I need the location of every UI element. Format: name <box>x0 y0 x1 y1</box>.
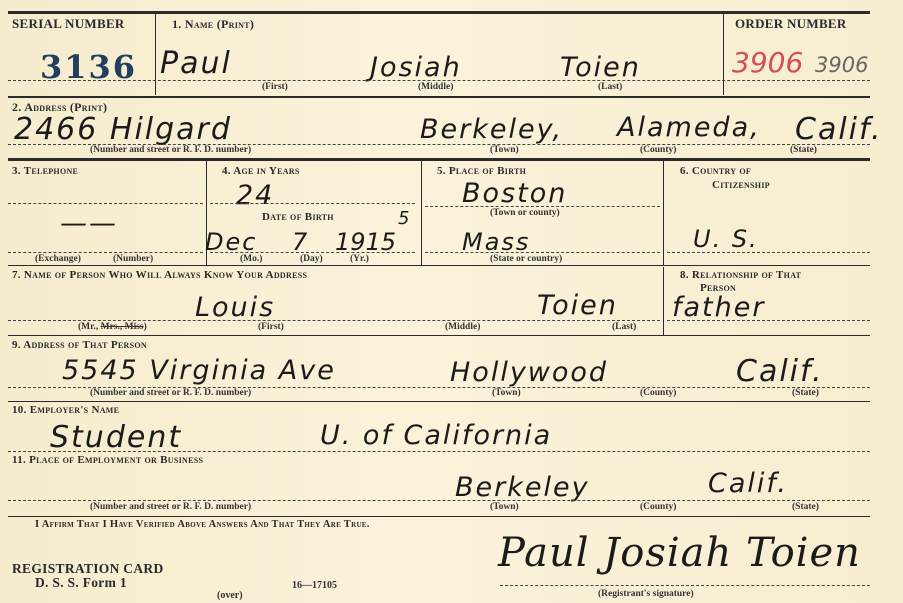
relationship-label-1: 8. Relationship of That <box>680 269 801 281</box>
dob-year-correction: 5 <box>398 208 411 229</box>
contact-person-label: 7. Name of Person Who Will Always Know Y… <box>12 269 307 281</box>
row-border <box>8 265 870 266</box>
contact-person-last: Toien <box>537 290 618 321</box>
contact-person-underline <box>8 320 660 321</box>
name-middle: Josiah <box>370 52 462 83</box>
citizenship-label-1: 6. Country of <box>680 165 751 177</box>
employment-underline <box>8 500 870 501</box>
contact-address-state: Calif. <box>736 354 824 389</box>
prefix-caption: (Mr., Mrs., Miss) <box>78 322 147 332</box>
contact-street-caption: (Number and street or R. F. D. number) <box>90 388 251 398</box>
employment-place-label: 11. Place of Employment or Business <box>12 454 203 466</box>
over-note: (over) <box>217 590 243 601</box>
affirmation-text: I Affirm That I Have Verified Above Answ… <box>35 519 370 530</box>
name-last: Toien <box>560 52 641 83</box>
signature-underline <box>500 585 870 586</box>
contact-address-town: Hollywood <box>450 357 608 388</box>
divider <box>723 13 724 95</box>
contact-last-caption: (Last) <box>612 322 636 332</box>
employer-value-2: U. of California <box>320 420 552 451</box>
divider <box>421 160 422 265</box>
address-state: Calif. <box>795 112 883 147</box>
contact-address-street: 5545 Virginia Ave <box>62 355 336 386</box>
dob-underline <box>210 252 415 253</box>
telephone-value: —— <box>60 208 118 239</box>
name-first: Paul <box>160 46 232 81</box>
row-border <box>8 516 870 517</box>
name-underline <box>8 80 870 81</box>
citizenship-value: U. S. <box>693 225 759 253</box>
order-number-gray: 3906 <box>815 53 868 77</box>
registration-card: SERIAL NUMBER 3136 1. Name (Print) Paul … <box>0 0 903 603</box>
telephone-underline-2 <box>8 252 203 253</box>
form-code: 16—17105 <box>292 580 337 591</box>
county-caption: (County) <box>640 145 676 155</box>
contact-town-caption: (Town) <box>492 388 521 398</box>
employment-street-caption: (Number and street or R. F. D. number) <box>90 502 251 512</box>
signature-caption: (Registrant's signature) <box>598 589 694 599</box>
middle-caption: (Middle) <box>418 82 453 92</box>
address-street: 2466 Hilgard <box>14 112 232 147</box>
birthplace-label: 5. Place of Birth <box>437 165 526 177</box>
month-caption: (Mo.) <box>240 254 262 264</box>
last-caption: (Last) <box>598 82 622 92</box>
row-border <box>8 158 870 161</box>
address-county: Alameda, <box>617 112 761 143</box>
dob-label: Date of Birth <box>262 211 334 223</box>
employment-town: Berkeley <box>455 472 590 503</box>
birthplace-town-caption: (Town or county) <box>490 208 560 218</box>
top-border <box>8 11 870 14</box>
exchange-caption: (Exchange) <box>35 254 81 264</box>
order-number-label: ORDER NUMBER <box>735 16 847 32</box>
contact-middle-caption: (Middle) <box>445 322 480 332</box>
number-caption: (Number) <box>113 254 153 264</box>
divider <box>663 160 664 265</box>
telephone-label: 3. Telephone <box>12 165 78 177</box>
employment-state-caption: (State) <box>792 502 819 512</box>
row-border <box>8 335 870 336</box>
contact-county-caption: (County) <box>640 388 676 398</box>
age-underline <box>210 203 415 204</box>
relationship-underline <box>667 320 870 321</box>
day-caption: (Day) <box>300 254 323 264</box>
employment-county-caption: (County) <box>640 502 676 512</box>
employer-label: 10. Employer's Name <box>12 404 119 416</box>
citizenship-label-2: Citizenship <box>712 179 770 191</box>
town-caption: (Town) <box>490 145 519 155</box>
employment-state: Calif. <box>708 468 788 499</box>
street-caption: (Number and street or R. F. D. number) <box>90 145 251 155</box>
contact-state-caption: (State) <box>792 388 819 398</box>
age-label: 4. Age in Years <box>222 165 300 177</box>
birthplace-town: Boston <box>462 178 567 209</box>
divider <box>663 267 664 335</box>
serial-number-label: SERIAL NUMBER <box>12 16 125 32</box>
citizenship-underline <box>667 252 870 253</box>
registrant-signature: Paul Josiah Toien <box>498 530 861 576</box>
address-town: Berkeley, <box>420 114 563 145</box>
form-name: D. S. S. Form 1 <box>35 575 127 591</box>
birthplace-town-underline <box>425 206 660 207</box>
relationship-value: father <box>672 292 765 323</box>
telephone-underline-1 <box>8 203 203 204</box>
row-border <box>8 96 870 98</box>
name-label: 1. Name (Print) <box>172 17 254 32</box>
row-border <box>8 401 870 402</box>
contact-first-caption: (First) <box>258 322 284 332</box>
first-caption: (First) <box>262 82 288 92</box>
employer-value-1: Student <box>50 420 182 455</box>
divider <box>155 13 156 95</box>
order-number-red: 3906 <box>732 46 803 79</box>
birthplace-state-caption: (State or country) <box>490 254 562 264</box>
contact-address-label: 9. Address of That Person <box>12 339 147 351</box>
employment-town-caption: (Town) <box>490 502 519 512</box>
state-caption: (State) <box>790 145 817 155</box>
year-caption: (Yr.) <box>350 254 369 264</box>
birthplace-state-underline <box>425 252 660 253</box>
contact-person-first: Louis <box>195 292 275 323</box>
employer-underline <box>8 451 870 452</box>
age-value: 24 <box>236 180 274 211</box>
